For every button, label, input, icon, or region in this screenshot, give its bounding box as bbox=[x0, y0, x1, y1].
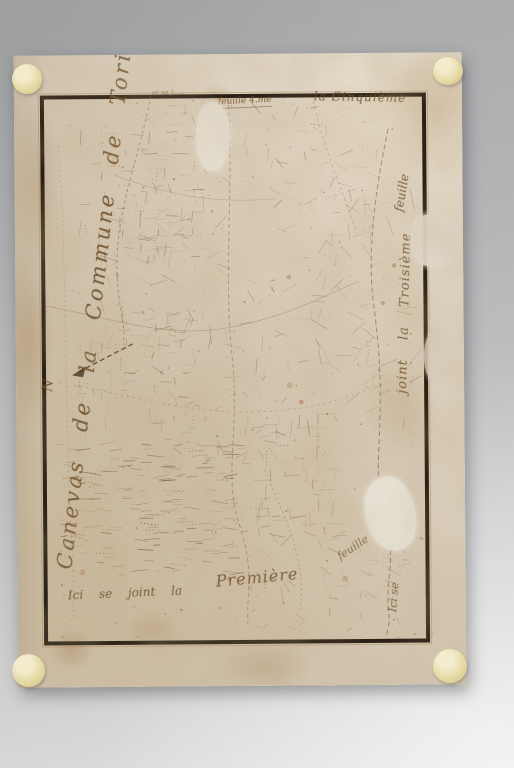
road-path bbox=[74, 383, 386, 414]
putty-pin-top-left bbox=[12, 64, 42, 94]
sheet-number-label: feuille 4.me bbox=[218, 95, 272, 109]
road-path bbox=[265, 470, 302, 610]
road-path bbox=[114, 174, 274, 202]
putty-pin-top-right bbox=[433, 57, 463, 85]
edge-label-top-fragment: et se j. ... bbox=[152, 88, 185, 97]
road-path bbox=[227, 98, 249, 624]
putty-pin-bottom-left bbox=[12, 654, 45, 687]
north-letter: N bbox=[39, 378, 57, 393]
map-sheet: Canevas de la Commune de Torigny et se j… bbox=[14, 52, 467, 687]
putty-pin-bottom-right bbox=[433, 649, 467, 683]
wall-background: Canevas de la Commune de Torigny et se j… bbox=[0, 0, 514, 768]
edge-label-top: la Cinquième bbox=[314, 89, 407, 105]
